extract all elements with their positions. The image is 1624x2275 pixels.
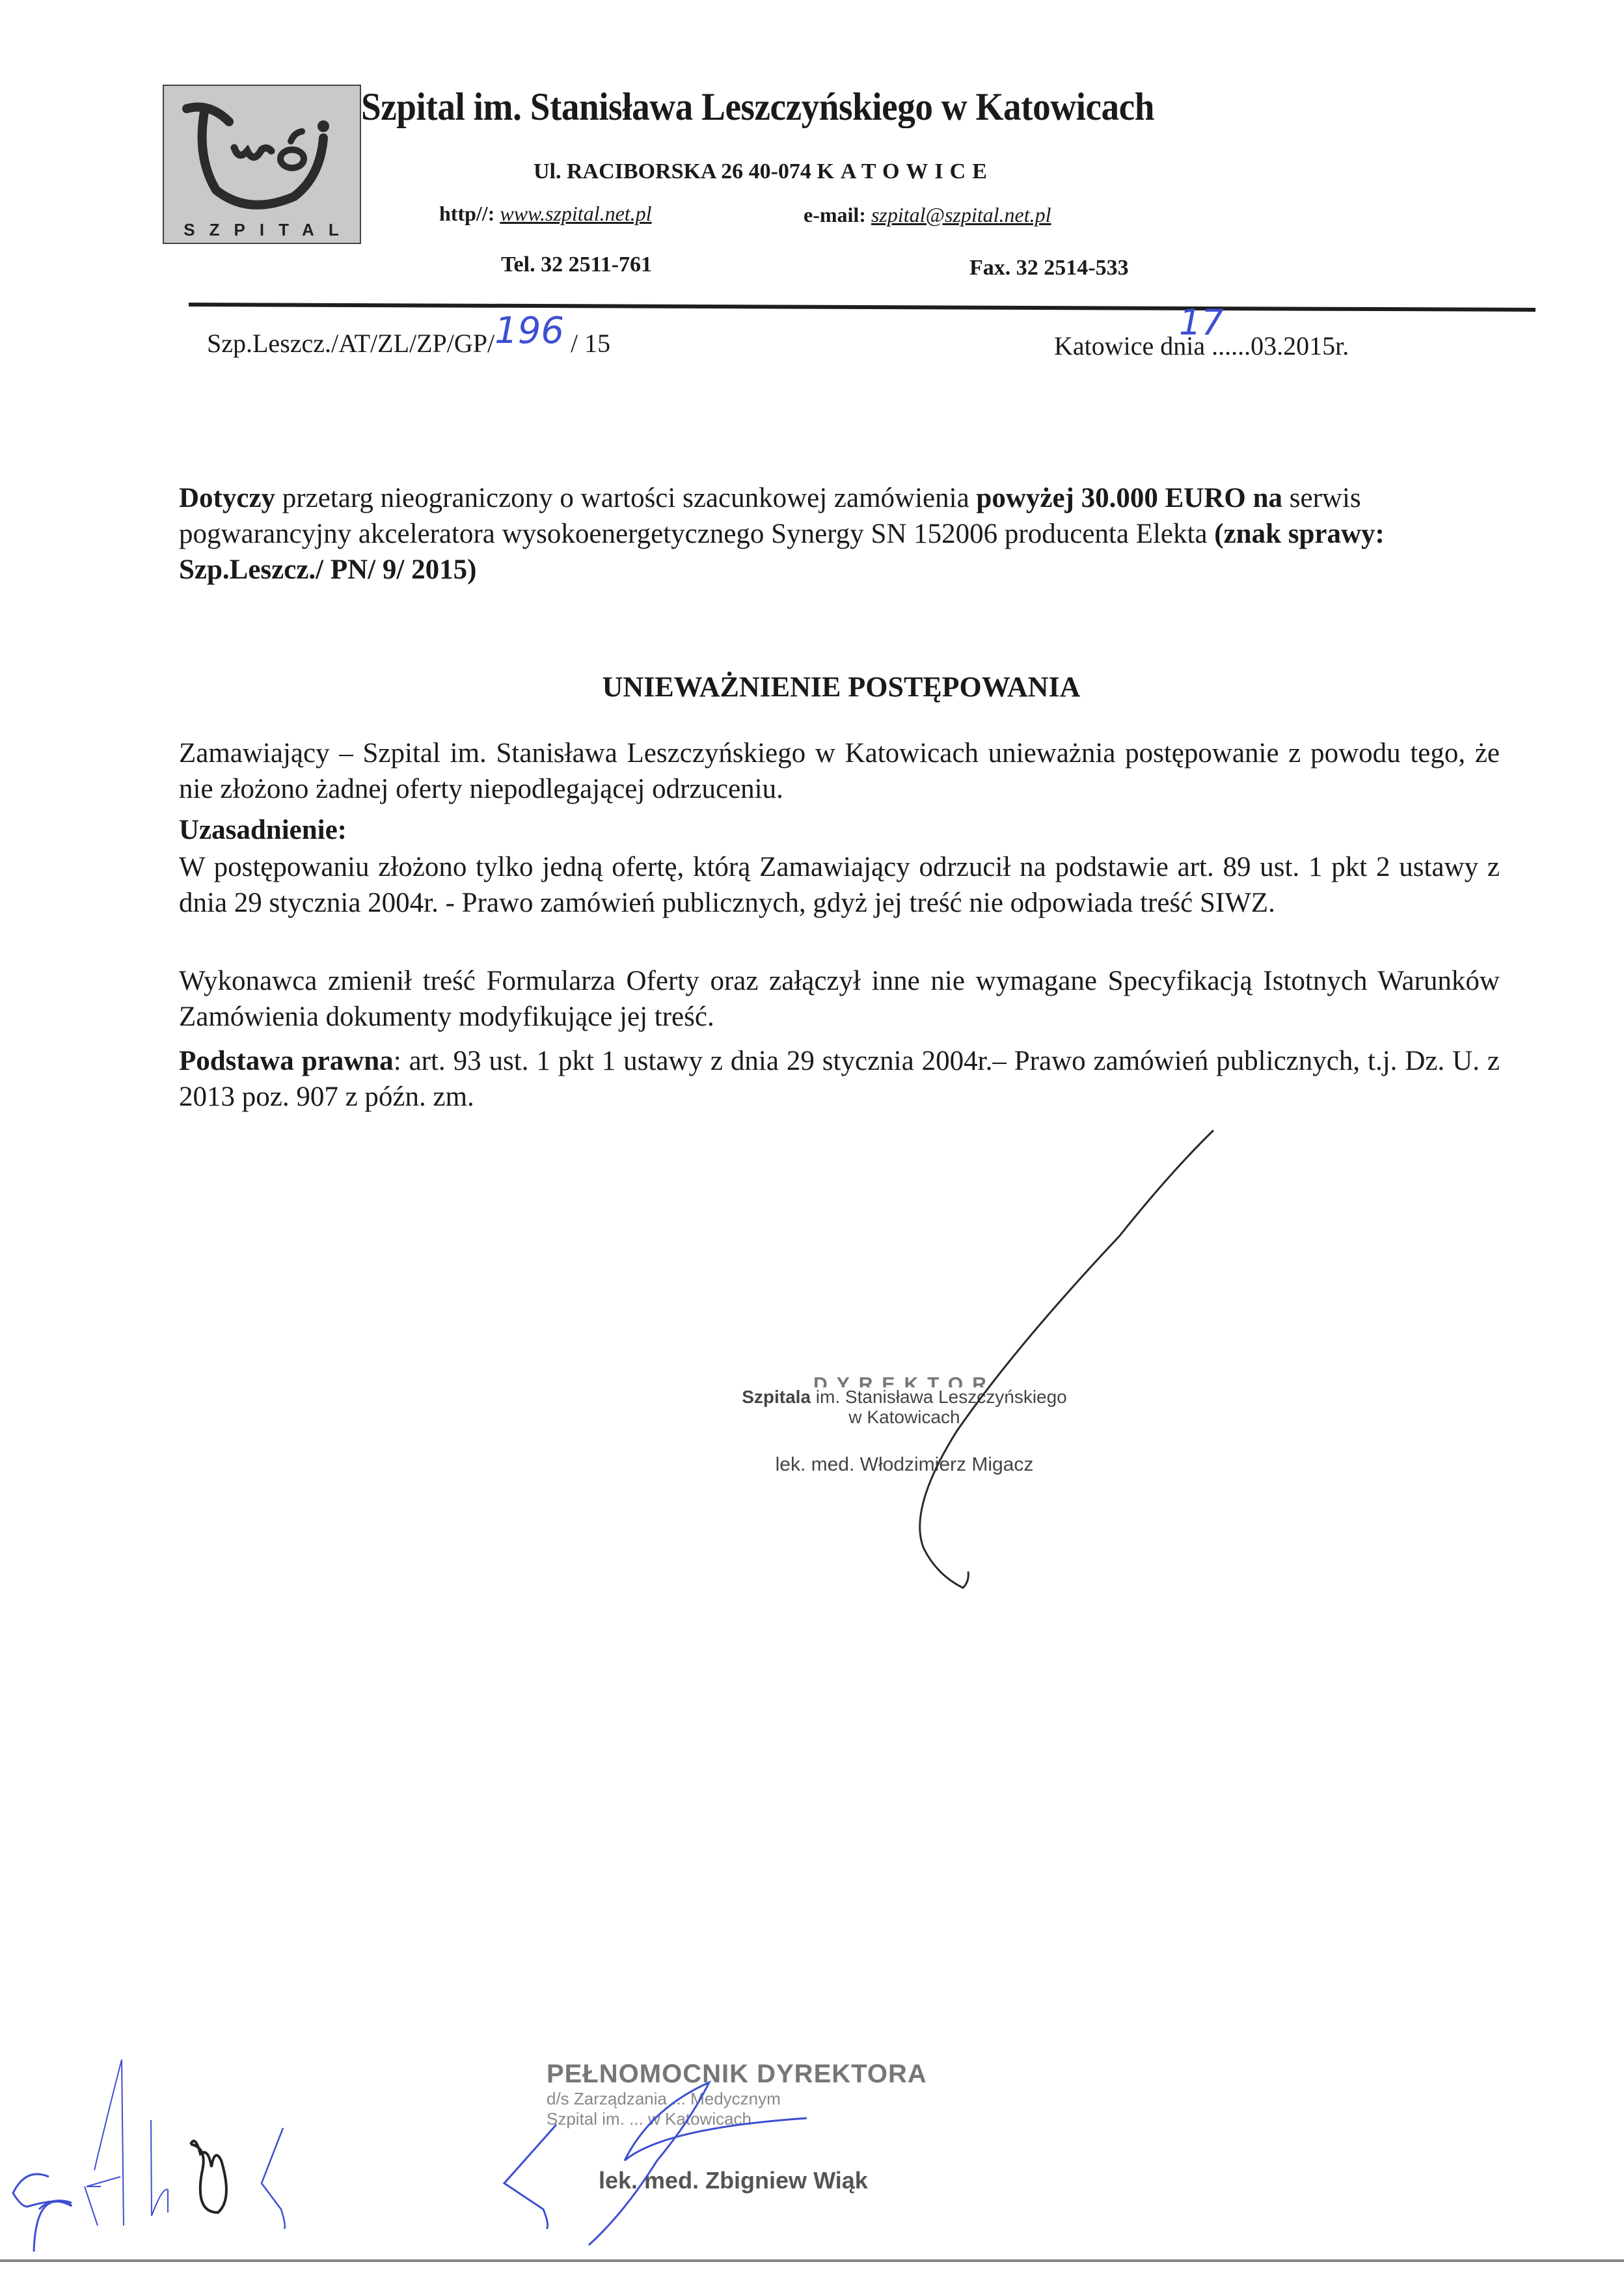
fax: Fax. 32 2514-533 — [969, 256, 1129, 280]
decision-paragraph: Zamawiający – Szpital im. Stanisława Les… — [179, 735, 1500, 807]
subject-lead: Dotyczy — [179, 483, 275, 513]
contractor-paragraph: Wykonawca zmienił treść Formularza Ofert… — [179, 963, 1500, 1035]
director-stamp: DYREKTOR Szpitala im. Stanisława Leszczy… — [709, 1372, 1100, 1476]
website-link[interactable]: www.szpital.net.pl — [500, 202, 651, 225]
proxy-stamp: PEŁNOMOCNIK DYREKTORA d/s Zarządzania ..… — [540, 2060, 930, 2194]
handwritten-day: 17 — [1179, 302, 1224, 343]
initials-2-icon — [94, 2060, 124, 2226]
director-signature-icon — [920, 1130, 1213, 1588]
telephone: Tel. 32 2511-761 — [501, 252, 652, 277]
proxy-stamp-name: lek. med. Zbigniew Wiąk — [540, 2167, 930, 2194]
stamp-line-2: w Katowicach — [709, 1408, 1100, 1428]
stamp-signatory-name: lek. med. Włodzimierz Migacz — [709, 1454, 1100, 1476]
justification-heading: Uzasadnienie: — [179, 812, 1500, 848]
proxy-stamp-role: PEŁNOMOCNIK DYREKTORA — [540, 2060, 930, 2089]
address-city: KATOWICE — [817, 159, 993, 184]
initials-4-icon — [191, 2141, 226, 2213]
hospital-logo: SZPITAL — [163, 85, 361, 244]
email-line: e-mail: szpital@szpital.net.pl — [804, 203, 1051, 227]
website-label: http//: — [439, 202, 500, 225]
smile-logo-icon — [164, 86, 360, 243]
date-suffix: 03.2015r. — [1251, 331, 1349, 361]
hospital-name: Szpital im. Stanisława Leszczyńskiego w … — [361, 85, 1154, 129]
initials-5-icon — [262, 2128, 285, 2229]
stamp-line-1-bold: Szpitala — [742, 1387, 811, 1407]
justification-paragraph: W postępowaniu złożono tylko jedną ofert… — [179, 849, 1500, 921]
legal-basis-label: Podstawa prawna — [179, 1046, 394, 1076]
hospital-address: Ul. RACIBORSKA 26 40-074 KATOWICE — [534, 159, 994, 184]
email-label: e-mail: — [804, 203, 871, 226]
proxy-stamp-line-2: Szpital im. ... w Katowicach — [540, 2109, 930, 2129]
document-date: Katowice dnia ......03.2015r. 17 — [1054, 331, 1349, 361]
stamp-line-1-text: im. Stanisława Leszczyńskiego — [811, 1387, 1067, 1407]
handwritten-number: 196 — [494, 310, 564, 352]
page-bottom-edge — [0, 2259, 1624, 2262]
stamp-role: DYREKTOR — [709, 1372, 1100, 1387]
initials-1-icon — [13, 2174, 72, 2252]
legal-basis-paragraph: Podstawa prawna: art. 93 ust. 1 pkt 1 us… — [179, 1043, 1500, 1115]
reference-suffix: / 15 — [564, 329, 610, 358]
reference-number: Szp.Leszcz./AT/ZL/ZP/GP/196 / 15 — [207, 319, 610, 361]
address-street: Ul. RACIBORSKA 26 40-074 — [534, 159, 811, 184]
proxy-stamp-line-1: d/s Zarządzania ... Medycznym — [540, 2089, 930, 2109]
subject-text: przetarg nieograniczony o wartości szacu… — [275, 483, 976, 513]
subject-value: powyżej 30.000 EURO na — [976, 483, 1282, 513]
subject-paragraph: Dotyczy przetarg nieograniczony o wartoś… — [179, 480, 1500, 588]
email-link[interactable]: szpital@szpital.net.pl — [871, 203, 1051, 226]
website-line: http//: www.szpital.net.pl — [439, 202, 652, 226]
stamp-line-1: Szpitala im. Stanisława Leszczyńskiego — [709, 1387, 1100, 1408]
document-title: UNIEWAŻNIENIE POSTĘPOWANIA — [0, 670, 1624, 703]
reference-prefix: Szp.Leszcz./AT/ZL/ZP/GP/ — [207, 329, 494, 358]
logo-word: SZPITAL — [164, 220, 360, 240]
header-divider — [189, 303, 1536, 312]
initials-3-icon — [151, 2120, 168, 2216]
